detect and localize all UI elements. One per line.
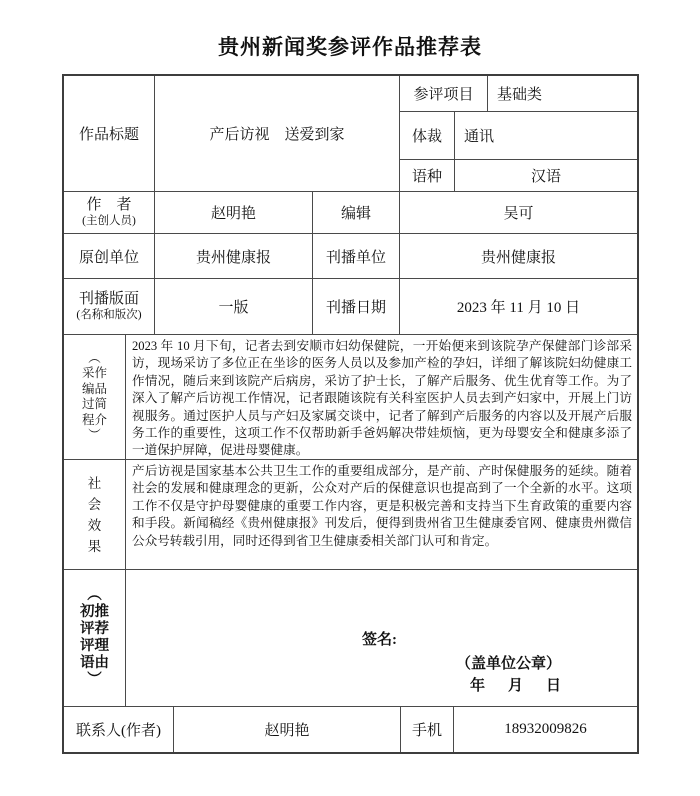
genre-label: 体裁	[400, 112, 455, 159]
work-intro-label-line: 过简	[82, 397, 107, 413]
review-comment-label: ︵ 初推 评荐 评理 语由 ︶	[64, 570, 126, 706]
work-intro-label-line: ︵	[88, 351, 101, 367]
language-label: 语种	[400, 160, 455, 191]
work-intro-text: 2023 年 10 月下旬，记者去到安顺市妇幼保健院，一开始便来到该院孕产保健部…	[126, 335, 637, 459]
row-social-effect: 社 会 效 果 产后访视是国家基本公共卫生工作的重要组成部分，是产前、产时保健服…	[64, 460, 637, 570]
original-unit-label: 原创单位	[64, 234, 155, 278]
work-intro-label-line: 程介	[82, 413, 107, 429]
publish-date-label: 刊播日期	[313, 279, 400, 334]
row-work-title: 作品标题 产后访视 送爱到家 参评项目 基础类 体裁 通讯 语种 汉语	[64, 76, 637, 192]
entry-category-value: 基础类	[488, 76, 637, 111]
work-title-label: 作品标题	[64, 76, 155, 191]
publish-unit-label: 刊播单位	[313, 234, 400, 278]
seal-note: （盖单位公章）	[456, 652, 561, 673]
phone-value: 18932009826	[454, 707, 637, 752]
recommendation-form-page: 贵州新闻奖参评作品推荐表 作品标题 产后访视 送爱到家 参评项目 基础类 体裁 …	[0, 0, 700, 796]
category-block: 参评项目 基础类 体裁 通讯 语种 汉语	[400, 76, 637, 191]
row-contact: 联系人(作者) 赵明艳 手机 18932009826	[64, 707, 637, 752]
social-effect-label-line: 果	[88, 536, 102, 557]
publish-page-label-sub: (名称和版次)	[76, 309, 141, 322]
recommendation-form-table: 作品标题 产后访视 送爱到家 参评项目 基础类 体裁 通讯 语种 汉语	[62, 74, 639, 754]
work-intro-label: ︵ 采作 编品 过简 程介 ︶	[64, 335, 126, 459]
subrow-genre: 体裁 通讯	[400, 112, 637, 160]
row-author: 作 者 (主创人员) 赵明艳 编辑 吴可	[64, 192, 637, 234]
review-comment-area: 签名: （盖单位公章） 年 月 日	[126, 570, 637, 706]
original-unit-value: 贵州健康报	[155, 234, 313, 278]
editor-label: 编辑	[313, 192, 400, 233]
editor-value: 吴可	[400, 192, 637, 233]
social-effect-text: 产后访视是国家基本公共卫生工作的重要组成部分，是产前、产时保健服务的延续。随着社…	[126, 460, 637, 569]
language-value: 汉语	[455, 160, 637, 191]
row-page-date: 刊播版面 (名称和版次) 一版 刊播日期 2023 年 11 月 10 日	[64, 279, 637, 335]
publish-date-value: 2023 年 11 月 10 日	[400, 279, 637, 334]
work-intro-label-line: 编品	[82, 382, 107, 398]
subrow-entry-category: 参评项目 基础类	[400, 76, 637, 112]
review-comment-label-line: 初推	[80, 604, 109, 621]
row-units: 原创单位 贵州健康报 刊播单位 贵州健康报	[64, 234, 637, 279]
social-effect-label-line: 会	[88, 494, 102, 515]
social-effect-label-line: 效	[88, 515, 102, 536]
genre-value: 通讯	[455, 112, 637, 159]
review-comment-label-line: 评理	[80, 638, 109, 655]
social-effect-label-line: 社	[88, 473, 102, 494]
publish-page-label-main: 刊播版面	[79, 291, 139, 308]
row-review-comment: ︵ 初推 评荐 评理 语由 ︶ 签名: （盖单位公章） 年 月 日	[64, 570, 637, 707]
entry-category-label: 参评项目	[400, 76, 488, 111]
review-comment-label-line: ︵	[87, 587, 102, 604]
author-label: 作 者 (主创人员)	[64, 192, 155, 233]
contact-value: 赵明艳	[174, 707, 401, 752]
row-work-intro: ︵ 采作 编品 过简 程介 ︶ 2023 年 10 月下旬，记者去到安顺市妇幼保…	[64, 335, 637, 460]
work-intro-label-line: ︶	[88, 428, 101, 444]
signature-label: 签名:	[362, 628, 397, 649]
author-label-main: 作 者	[86, 197, 131, 214]
contact-label: 联系人(作者)	[64, 707, 174, 752]
author-label-sub: (主创人员)	[82, 215, 136, 228]
page-title: 贵州新闻奖参评作品推荐表	[0, 31, 700, 61]
publish-page-value: 一版	[155, 279, 313, 334]
social-effect-label: 社 会 效 果	[64, 460, 126, 569]
publish-unit-value: 贵州健康报	[400, 234, 637, 278]
phone-label: 手机	[401, 707, 454, 752]
date-blank: 年 月 日	[470, 674, 565, 695]
review-comment-label-line: 评荐	[80, 621, 109, 638]
review-comment-label-line: 语由	[80, 655, 109, 672]
work-title-value: 产后访视 送爱到家	[155, 76, 400, 191]
review-comment-label-line: ︶	[87, 672, 102, 689]
subrow-language: 语种 汉语	[400, 160, 637, 191]
work-intro-label-line: 采作	[82, 366, 107, 382]
author-value: 赵明艳	[155, 192, 313, 233]
publish-page-label: 刊播版面 (名称和版次)	[64, 279, 155, 334]
